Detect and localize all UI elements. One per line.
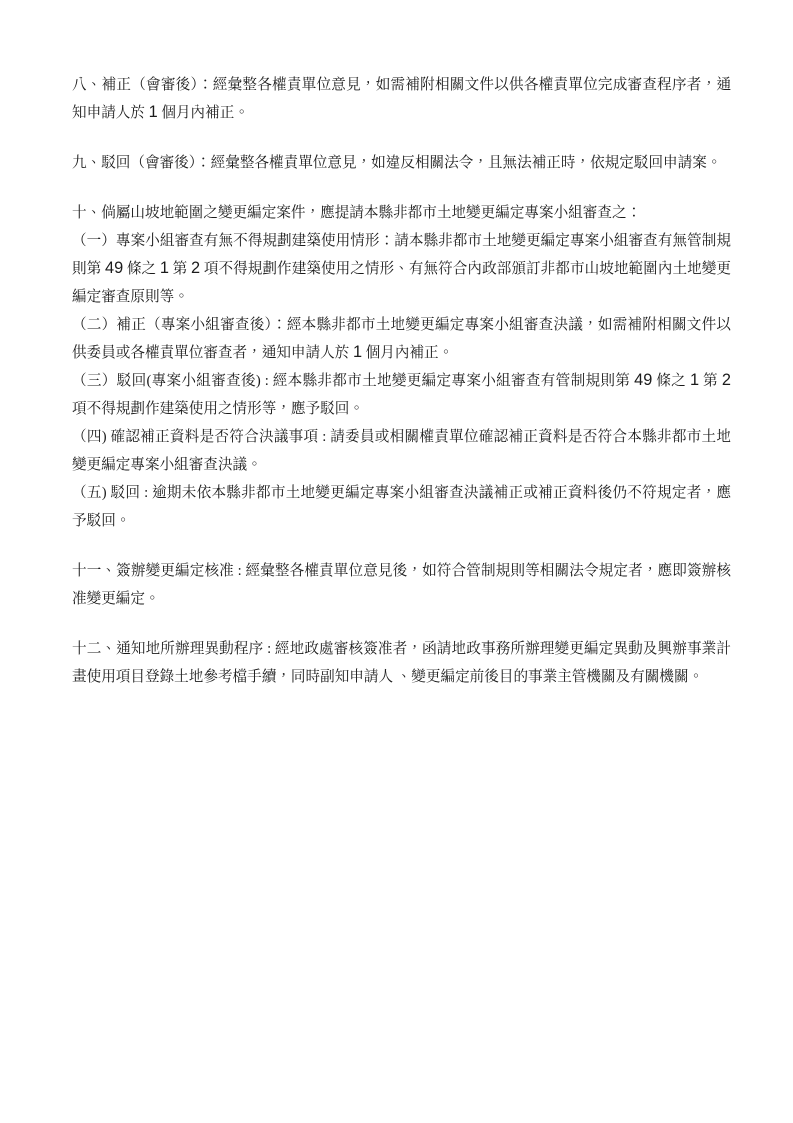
paragraph-item-12: 十二、通知地所辦理異動程序 : 經地政處審核簽准者，函請地政事務所辦理變更編定異…: [72, 635, 731, 691]
paragraph-item-10-2: （二）補正（專案小組審查後）：經本縣非都市土地變更編定專案小組審查決議，如需補附…: [72, 311, 731, 367]
paragraph-item-11: 十一、簽辦變更編定核准 : 經彙整各權責單位意見後，如符合管制規則等相關法令規定…: [72, 557, 731, 613]
document-body: 八、補正（會審後）：經彙整各權責單位意見，如需補附相關文件以供各權責單位完成審查…: [72, 71, 731, 691]
document-page: 八、補正（會審後）：經彙整各權責單位意見，如需補附相關文件以供各權責單位完成審查…: [0, 0, 793, 1123]
paragraph-item-10-3: （三）駁回(專案小組審查後) : 經本縣非都市土地變更編定專案小組審查有管制規則…: [72, 367, 731, 423]
paragraph-item-10-5: （五) 駁回 : 逾期未依本縣非都市土地變更編定專案小組審查決議補正或補正資料後…: [72, 479, 731, 535]
numeral: 1: [149, 103, 158, 121]
numeral: 1: [690, 371, 699, 389]
numeral: 1: [160, 259, 169, 277]
paragraph-item-10-4: （四) 確認補正資料是否符合決議事項 : 請委員或相關權責單位確認補正資料是否符…: [72, 423, 731, 479]
numeral: 1: [353, 343, 362, 361]
numeral: 49: [634, 371, 652, 389]
paragraph-item-10-1: （一）專案小組審查有無不得規劃建築使用情形：請本縣非都市土地變更編定專案小組審查…: [72, 227, 731, 311]
paragraph-item-9: 九、駁回（會審後）：經彙整各權責單位意見，如違反相關法令，且無法補正時，依規定駁…: [72, 149, 731, 177]
numeral: 49: [105, 259, 123, 277]
numeral: 2: [722, 371, 731, 389]
paragraph-item-10: 十、倘屬山坡地範圍之變更編定案件，應提請本縣非都市土地變更編定專案小組審查之：: [72, 199, 731, 227]
numeral: 2: [191, 259, 200, 277]
paragraph-item-8: 八、補正（會審後）：經彙整各權責單位意見，如需補附相關文件以供各權責單位完成審查…: [72, 71, 731, 127]
